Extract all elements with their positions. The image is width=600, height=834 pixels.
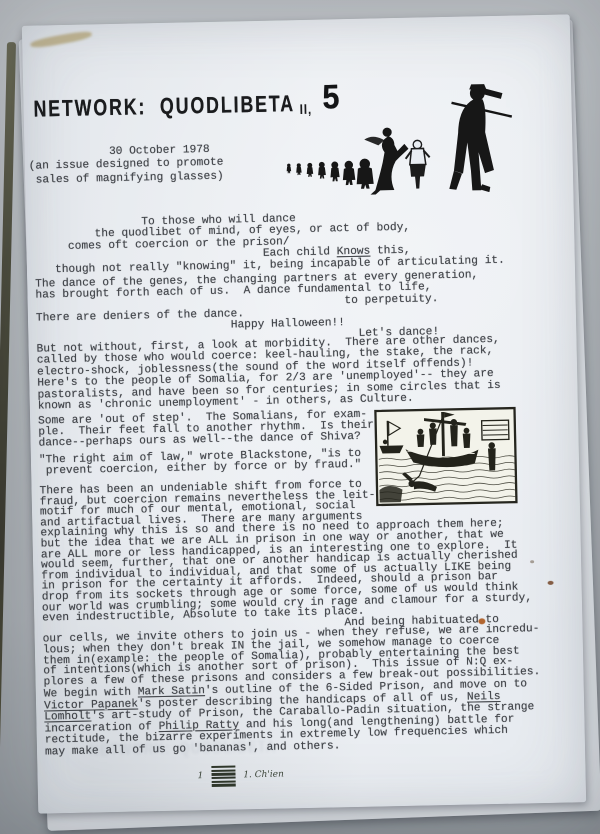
photographed-newsletter-page: NETWORK: QUODLIBETA II, 5: [0, 0, 600, 834]
hexagram-line: [211, 777, 235, 780]
hexagram-caption: 1. Ch'ien: [243, 770, 284, 781]
paragraph-out-of-step: Some are 'out of step'. The Somalians, f…: [38, 410, 374, 450]
dateline-and-tagline: 30 October 1978 (an issue designed to pr…: [28, 144, 224, 188]
keel-hauling-woodcut-illustration: [374, 405, 518, 509]
stain: [30, 30, 93, 50]
hexagram-line: [211, 773, 235, 776]
dancing-procession-illustration: [279, 71, 521, 196]
booklet-binding-edge: [0, 42, 16, 767]
hexagram-line: [211, 780, 235, 783]
hexagram-line: [211, 784, 235, 787]
stain: [548, 581, 554, 585]
page-number: 1: [197, 772, 203, 782]
footer: 1 1. Ch'ien: [197, 765, 284, 788]
paragraph-prison: There has been an undeniable shift from …: [39, 476, 540, 688]
hexagram-line: [211, 766, 235, 769]
hexagram-line: [211, 769, 235, 772]
opening-poem: To those who will dance the quodlibet of…: [34, 210, 505, 277]
paragraph-blackstone-quote: "The right aim of law," wrote Blackstone…: [39, 449, 362, 478]
paragraph-morbidity: But not without, first, a look at morbid…: [36, 335, 501, 413]
newsletter-page: NETWORK: QUODLIBETA II, 5: [22, 14, 586, 813]
bleed-through-text: NETWORK: QUODLIBETA: [89, 737, 265, 761]
hexagram-chien-icon: [211, 766, 235, 787]
masthead-title: NETWORK: QUODLIBETA: [33, 92, 295, 120]
